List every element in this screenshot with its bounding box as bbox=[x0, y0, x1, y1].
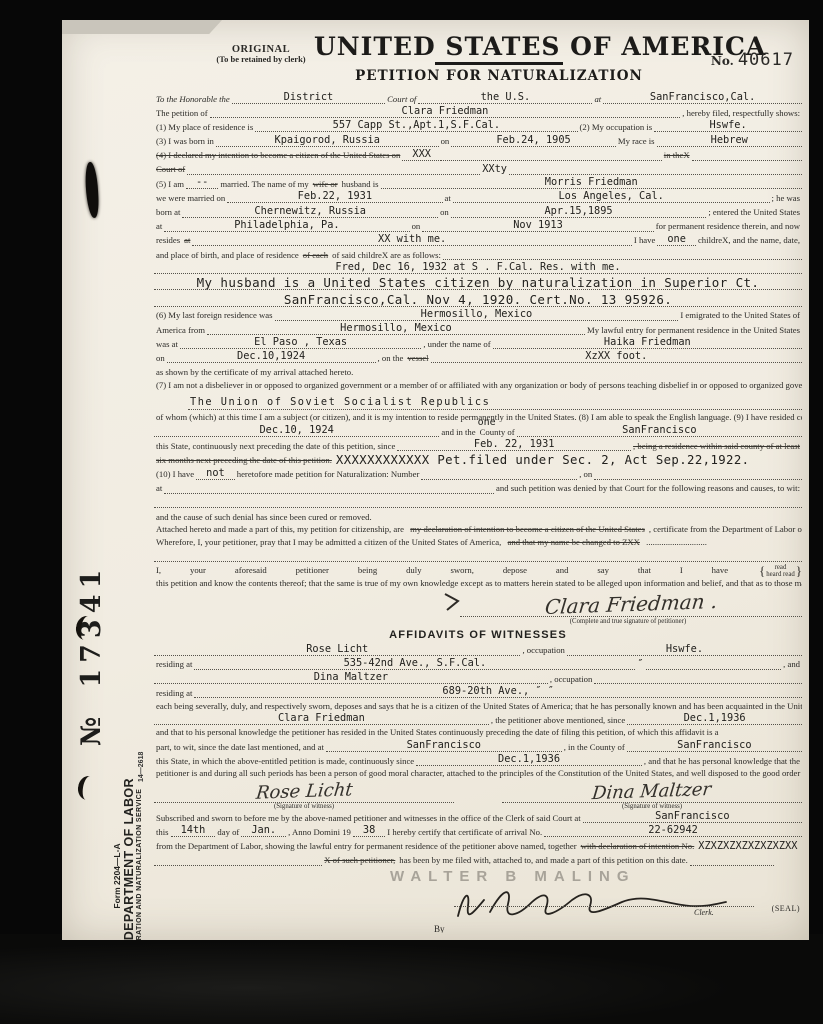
form-label-struck: vessel bbox=[405, 353, 430, 364]
seal-label: (SEAL) bbox=[772, 904, 800, 913]
form-line: SanFrancisco,Cal. Nov 4, 1920. Cert.No. … bbox=[154, 293, 802, 307]
form-line: Clara Friedman, the petitioner above men… bbox=[154, 713, 802, 725]
typed-entry: Apr.15,1895 bbox=[451, 206, 707, 218]
form-label: ............................ bbox=[642, 537, 709, 547]
dotted-leader bbox=[154, 551, 802, 562]
ink-mark bbox=[85, 162, 100, 219]
form-label: has been by me filed with, attached to, … bbox=[397, 855, 690, 866]
form-line: (7) I am not a disbeliever in or opposed… bbox=[154, 380, 802, 391]
typed-entry: Jan. bbox=[241, 825, 286, 837]
typed-entry: Clara Friedman bbox=[154, 713, 489, 725]
form-label-struck: six months next preceding the date of th… bbox=[154, 455, 334, 466]
form-line: and that to his personal knowledge the p… bbox=[154, 727, 802, 738]
form-label: (10) I have bbox=[154, 469, 196, 480]
petition-number: 40617 bbox=[738, 50, 794, 70]
dotted-leader bbox=[690, 855, 774, 866]
dotted-leader bbox=[154, 497, 802, 508]
form-label: I, your aforesaid petitioner being duly … bbox=[154, 565, 759, 575]
form-label: ; he was bbox=[770, 193, 802, 204]
form-label: this State, continuously next preceding … bbox=[154, 441, 397, 452]
form-label: I emigrated to the United States of bbox=[678, 310, 802, 321]
form-line: residing at689-20th Ave., ″ ″ bbox=[154, 686, 802, 698]
form-label: petitioner is and during all such period… bbox=[154, 768, 802, 778]
witness1-signature-block: Rose Licht (Signature of witness) bbox=[154, 781, 454, 810]
typed-entry: Dec.10, 1924 bbox=[154, 425, 439, 437]
typed-entry: XzXX foot. bbox=[431, 351, 802, 363]
form-line: (4) I declared my intention to become a … bbox=[154, 149, 802, 161]
form-label-struck: of each bbox=[301, 250, 330, 261]
form-line: X of such petitioner,has been by me file… bbox=[154, 854, 802, 866]
form-line: Wherefore, I, your petitioner, pray that… bbox=[154, 537, 802, 548]
form-line bbox=[154, 550, 802, 562]
form-label: To the Honorable the bbox=[154, 94, 232, 105]
form-label: My race is bbox=[616, 136, 657, 147]
form-line: we were married onFeb.22, 1931atLos Ange… bbox=[154, 191, 802, 203]
form-label-struck: my declaration of intention to become a … bbox=[408, 524, 647, 534]
form-line: The Union of Soviet Socialist Republics bbox=[188, 393, 802, 410]
dotted-leader bbox=[441, 150, 662, 161]
typed-entry: 38 bbox=[353, 825, 385, 837]
witness1-signature: Rose Licht bbox=[255, 779, 354, 803]
form-line: Dina Maltzer, occupation bbox=[154, 672, 802, 684]
form-identification: Form 2204—L-A U. S. DEPARTMENT OF LABOR … bbox=[112, 770, 143, 940]
form-line: and the cause of such denial has since b… bbox=[154, 510, 802, 522]
form-line: was atEl Paso , Texas, under the name of… bbox=[154, 337, 802, 349]
form-label: County of bbox=[478, 427, 517, 438]
scan-background bbox=[0, 934, 823, 1024]
typed-entry: Fred, Dec 16, 1932 at S . F.Cal. Res. wi… bbox=[154, 262, 802, 274]
form-label: Attached hereto and made a part of this,… bbox=[154, 524, 408, 534]
dotted-leader bbox=[187, 164, 480, 175]
form-label: and that to his personal knowledge the p… bbox=[154, 727, 720, 737]
form-label: and place of birth, and place of residen… bbox=[154, 250, 301, 261]
typed-entry: Chernewitz, Russia bbox=[182, 206, 438, 218]
form-line: Subscribed and sworn to before me by the… bbox=[154, 811, 802, 823]
form-line: To the Honorable theDistrictCourt ofthe … bbox=[154, 92, 802, 104]
typed-entry: Los Angeles, Cal. bbox=[453, 191, 770, 203]
form-content: ORIGINAL (To be retained by clerk) UNITE… bbox=[154, 28, 802, 933]
form-label: , in the County of bbox=[562, 742, 627, 753]
typed-entry: Morris Friedman bbox=[381, 177, 802, 189]
typed-entry: Feb.22, 1931 bbox=[227, 191, 442, 203]
form-label: resides bbox=[154, 235, 182, 246]
form-line: atand such petition was denied by that C… bbox=[154, 482, 802, 494]
form-label: as shown by the certificate of my arriva… bbox=[154, 367, 355, 378]
form-label: and the cause of such denial has since b… bbox=[154, 512, 374, 523]
form-label: , on bbox=[577, 469, 594, 480]
dotted-leader bbox=[164, 483, 494, 494]
form-line: Rose Licht, occupationHswfe. bbox=[154, 644, 802, 656]
witness-signatures-row: Rose Licht (Signature of witness) Dina M… bbox=[154, 781, 802, 810]
form-line: Attached hereto and made a part of this,… bbox=[154, 524, 802, 535]
typed-text: XZXZXZXZXZXZXZXX bbox=[696, 841, 799, 852]
form-label: heretofore made petition for Naturalizat… bbox=[235, 469, 422, 480]
brace-choice: {readheard read} bbox=[759, 564, 802, 578]
typed-entry: Philadelphia, Pa. bbox=[164, 220, 409, 232]
typed-entry: SanFrancisco bbox=[627, 740, 802, 752]
form-label: each being severally, duly, and respecti… bbox=[154, 701, 802, 711]
typed-entry: not bbox=[196, 468, 235, 480]
typed-entry: SanFrancisco bbox=[583, 811, 802, 823]
form-line: six months next preceding the date of th… bbox=[154, 454, 802, 466]
typed-entry: SanFrancisco bbox=[517, 425, 802, 437]
form-label-struck: wife or bbox=[311, 179, 340, 190]
form-label: , hereby filed, respectfully shows: bbox=[680, 108, 802, 119]
print-code: 14—2618 bbox=[138, 752, 145, 782]
form-label: and such petition was denied by that Cou… bbox=[494, 483, 802, 494]
stamped-case-number: №17341 bbox=[76, 566, 107, 746]
clerk-label: Clerk. bbox=[694, 908, 714, 917]
witness2-signature-block: Dina Maltzer (Signature of witness) bbox=[502, 781, 802, 810]
typed-entry: XX with me. bbox=[192, 234, 631, 246]
typed-entry: Clara Friedman bbox=[210, 106, 681, 118]
certification-lines: Subscribed and sworn to before me by the… bbox=[154, 811, 802, 866]
typed-entry: Rose Licht bbox=[154, 644, 520, 656]
typed-entry: Dina Maltzer bbox=[154, 672, 548, 684]
dotted-leader bbox=[692, 150, 802, 161]
form-line: each being severally, duly, and respecti… bbox=[154, 701, 802, 712]
typed-entry: Hswfe. bbox=[654, 120, 802, 132]
typed-entry: one bbox=[657, 234, 696, 246]
dotted-leader bbox=[509, 164, 802, 175]
form-label: , occupation bbox=[548, 674, 594, 685]
form-label-struck: in theX bbox=[662, 150, 692, 161]
form-label-struck: at bbox=[182, 235, 192, 246]
form-label: we were married on bbox=[154, 193, 227, 204]
typed-entry: Dec.10,1924 bbox=[167, 351, 376, 363]
form-label: (5) I am bbox=[154, 179, 186, 190]
form-label: , the petitioner above mentioned, since bbox=[489, 715, 627, 726]
form-line: and place of birth, and place of residen… bbox=[154, 248, 802, 260]
form-label: , under the name of bbox=[421, 339, 492, 350]
form-label: of said childreX are as follows: bbox=[330, 250, 443, 261]
form-line: this State, continuously next preceding … bbox=[154, 439, 802, 451]
form-label: childreX, and the name, date, bbox=[696, 235, 802, 246]
form-label: at bbox=[443, 193, 453, 204]
typed-entry: El Paso , Texas bbox=[180, 337, 421, 349]
check-mark bbox=[444, 592, 460, 617]
typed-entry: 14th bbox=[171, 825, 216, 837]
form-label: , certificate from the Department of Lab… bbox=[647, 524, 802, 534]
by-label: By bbox=[434, 924, 445, 933]
clerk-block: WALTER B MALING Clerk. (SEAL) By Deputy … bbox=[154, 868, 802, 933]
typed-entry: 557 Capp St.,Apt.1,S.F.Cal. bbox=[255, 120, 577, 132]
form-label: day of bbox=[215, 827, 241, 838]
typed-text: ″ bbox=[635, 659, 645, 670]
form-label: (3) I was born in bbox=[154, 136, 216, 147]
typed-entry: SanFrancisco,Cal. bbox=[603, 92, 802, 104]
typed-entry: Nov 1913 bbox=[422, 220, 653, 232]
no-label: No. bbox=[711, 54, 734, 68]
deputy-signature-line bbox=[450, 920, 754, 933]
form-line: from the Department of Labor, showing th… bbox=[154, 840, 802, 852]
form-label: at bbox=[154, 221, 164, 232]
typed-text: XXXXXXXXXXXX Pet.filed under Sec. 2, Act… bbox=[334, 455, 752, 466]
form-line: The petition ofClara Friedman, hereby fi… bbox=[154, 106, 802, 118]
form-label: (7) I am not a disbeliever in or opposed… bbox=[154, 380, 802, 390]
typed-entry: SanFrancisco,Cal. Nov 4, 1920. Cert.No. … bbox=[154, 293, 802, 307]
typed-entry: Hebrew bbox=[657, 135, 802, 147]
form-label: born at bbox=[154, 207, 182, 218]
form-label-struck: , being a residence within said county o… bbox=[631, 441, 802, 452]
form-line: I, your aforesaid petitioner being duly … bbox=[154, 564, 802, 589]
petition-number-block: No. 40617 bbox=[711, 50, 794, 70]
form-label: from the Department of Labor, showing th… bbox=[154, 841, 579, 852]
typed-entry: Dec.1,1936 bbox=[627, 713, 802, 725]
form-label: I have bbox=[632, 235, 657, 246]
typed-entry: Feb. 22, 1931 bbox=[397, 439, 631, 451]
form-label: (6) My last foreign residence was bbox=[154, 310, 275, 321]
form-line: petitioner is and during all such period… bbox=[154, 768, 802, 779]
form-label: this petition and know the contents ther… bbox=[154, 578, 802, 588]
form-label: , on the bbox=[376, 353, 406, 364]
form-line: (6) My last foreign residence wasHermosi… bbox=[154, 309, 802, 321]
dotted-leader bbox=[646, 659, 782, 670]
form-label: for permanent residence therein, and now bbox=[654, 221, 802, 232]
form-line: Court ofXXty bbox=[154, 163, 802, 175]
form-line: (1) My place of residence is557 Capp St.… bbox=[154, 120, 802, 132]
dotted-leader bbox=[154, 855, 322, 866]
form-line: part, to wit, since the date last mentio… bbox=[154, 740, 802, 752]
form-line: (5) I am--married. The name of mywife or… bbox=[154, 177, 802, 189]
form-label: Wherefore, I, your petitioner, pray that… bbox=[154, 537, 506, 547]
dotted-leader bbox=[594, 469, 802, 480]
form-label-struck: with declaration of intention No. bbox=[579, 841, 697, 852]
form-line: residing at535-42nd Ave., S.F.Cal.″, and bbox=[154, 658, 802, 670]
typed-entry: -- bbox=[186, 177, 218, 189]
form-label: at bbox=[154, 483, 164, 494]
form-label: this bbox=[154, 827, 171, 838]
petitioner-signature-row: Clara Friedman . bbox=[154, 591, 802, 617]
form-label: on bbox=[410, 221, 423, 232]
form-line: this State, in which the above-entitled … bbox=[154, 754, 802, 766]
service-name: IMMIGRATION AND NATURALIZATION SERVICE bbox=[136, 770, 143, 940]
punch-hole bbox=[76, 774, 100, 801]
affidavits-title: AFFIDAVITS OF WITNESSES bbox=[154, 629, 802, 641]
form-line: residesatXX with me.I haveonechildreX, a… bbox=[154, 234, 802, 246]
form-label: , occupation bbox=[520, 645, 566, 656]
typed-entry: Kpaigorod, Russia bbox=[216, 135, 439, 147]
form-label: married. The name of my bbox=[218, 179, 310, 190]
form-label-struck: (4) I declared my intention to become a … bbox=[154, 150, 402, 161]
typed-entry: Dec.1,1936 bbox=[416, 754, 642, 766]
form-label: (1) My place of residence is bbox=[154, 122, 255, 133]
dotted-leader bbox=[594, 673, 802, 684]
typed-entry: Haika Friedman bbox=[493, 337, 802, 349]
form-label-struck: X of such petitioner, bbox=[322, 855, 397, 866]
form-label: , Anno Domini 19 bbox=[286, 827, 353, 838]
form-line: onDec.10,1924, on thevesselXzXX foot. bbox=[154, 351, 802, 363]
petitioner-signature: Clara Friedman . bbox=[544, 589, 719, 619]
form-label: residing at bbox=[154, 688, 194, 699]
form-label: part, to wit, since the date last mentio… bbox=[154, 742, 326, 753]
typed-entry: XXX bbox=[402, 149, 441, 161]
clerk-signature-line bbox=[454, 892, 754, 907]
typed-entry: 535-42nd Ave., S.F.Cal. bbox=[194, 658, 635, 670]
form-line: (3) I was born inKpaigorod, RussiaonFeb.… bbox=[154, 135, 802, 147]
typed-entry: District bbox=[232, 92, 385, 104]
page-title: UNITED STATES OF AMERICA bbox=[314, 32, 684, 61]
witness-signature-caption: (Signature of witness) bbox=[154, 803, 454, 810]
department-name: U. S. DEPARTMENT OF LABOR bbox=[122, 770, 136, 940]
form-label: Subscribed and sworn to before me by the… bbox=[154, 813, 583, 824]
form-line: this14thday ofJan., Anno Domini 1938I he… bbox=[154, 825, 802, 837]
form-label: I hereby certify that certificate of arr… bbox=[385, 827, 544, 838]
form-line: born atChernewitz, RussiaonApr.15,1895; … bbox=[154, 206, 802, 218]
form-line bbox=[154, 496, 802, 508]
form-label: residing at bbox=[154, 659, 194, 670]
typed-entry: the U.S. bbox=[418, 92, 592, 104]
form-label: (2) My occupation is bbox=[578, 122, 655, 133]
form-label-struck: Court of bbox=[154, 164, 187, 175]
dotted-leader bbox=[421, 469, 577, 480]
form-label: The petition of bbox=[154, 108, 210, 119]
form-label: at bbox=[592, 94, 603, 105]
form-line: (10) I havenotheretofore made petition f… bbox=[154, 468, 802, 480]
title-rule bbox=[435, 62, 563, 65]
form-label: on bbox=[438, 207, 451, 218]
witness-lines: Rose Licht, occupationHswfe.residing at5… bbox=[154, 644, 802, 779]
scanned-document: №17341 Form 2204—L-A U. S. DEPARTMENT OF… bbox=[62, 20, 809, 940]
typed-entry: Feb.24, 1905 bbox=[451, 135, 616, 147]
form-label: husband is bbox=[340, 179, 381, 190]
typed-entry: 689-20th Ave., ″ ″ bbox=[194, 686, 802, 698]
typed-entry: Hswfe. bbox=[567, 644, 802, 656]
petitioner-signature-caption: (Complete and true signature of petition… bbox=[454, 618, 802, 625]
form-label: , and that he has personal knowledge tha… bbox=[642, 756, 802, 767]
typed-entry: 22-62942 bbox=[544, 825, 802, 837]
typed-entry: SanFrancisco bbox=[326, 740, 562, 752]
form-label: , and bbox=[781, 659, 802, 670]
form-label: was at bbox=[154, 339, 180, 350]
form-label-struck: and that my name be changed to ZXX bbox=[506, 537, 642, 547]
form-line: Dec.10, 1924and in theoneCounty ofSanFra… bbox=[154, 425, 802, 437]
form-label: America from bbox=[154, 325, 207, 336]
witness-signature-caption: (Signature of witness) bbox=[502, 803, 802, 810]
form-label: this State, in which the above-entitled … bbox=[154, 756, 416, 767]
form-line: as shown by the certificate of my arriva… bbox=[154, 366, 802, 378]
form-line: Fred, Dec 16, 1932 at S . F.Cal. Res. wi… bbox=[154, 262, 802, 274]
form-line: My husband is a United States citizen by… bbox=[154, 276, 802, 290]
page-subtitle: PETITION FOR NATURALIZATION bbox=[314, 68, 684, 84]
typed-text: The Union of Soviet Socialist Republics bbox=[188, 396, 492, 408]
title-block: UNITED STATES OF AMERICA PETITION FOR NA… bbox=[314, 32, 684, 84]
dotted-leader bbox=[443, 249, 802, 260]
form-label: on bbox=[439, 136, 452, 147]
form-label: and in the bbox=[439, 427, 477, 438]
typed-entry: My husband is a United States citizen by… bbox=[154, 276, 802, 290]
form-label: ; entered the United States bbox=[706, 207, 802, 218]
form-line: atPhiladelphia, Pa.onNov 1913for permane… bbox=[154, 220, 802, 232]
typed-text: XXty bbox=[480, 164, 509, 175]
form-number: Form 2204—L-A bbox=[112, 770, 122, 940]
original-note: ORIGINAL (To be retained by clerk) bbox=[196, 44, 326, 65]
form-label: Court of bbox=[385, 94, 418, 105]
typed-entry: Hermosillo, Mexico bbox=[207, 323, 585, 335]
witness2-signature: Dina Maltzer bbox=[591, 779, 712, 804]
typed-entry: Hermosillo, Mexico bbox=[275, 309, 679, 321]
petition-lines: To the Honorable theDistrictCourt ofthe … bbox=[154, 92, 802, 589]
form-label: on bbox=[154, 353, 167, 364]
form-label: My lawful entry for permanent residence … bbox=[585, 325, 802, 336]
form-line: America fromHermosillo, MexicoMy lawful … bbox=[154, 323, 802, 335]
stamp-no-label: № bbox=[76, 714, 107, 746]
document-header: ORIGINAL (To be retained by clerk) UNITE… bbox=[154, 32, 802, 92]
